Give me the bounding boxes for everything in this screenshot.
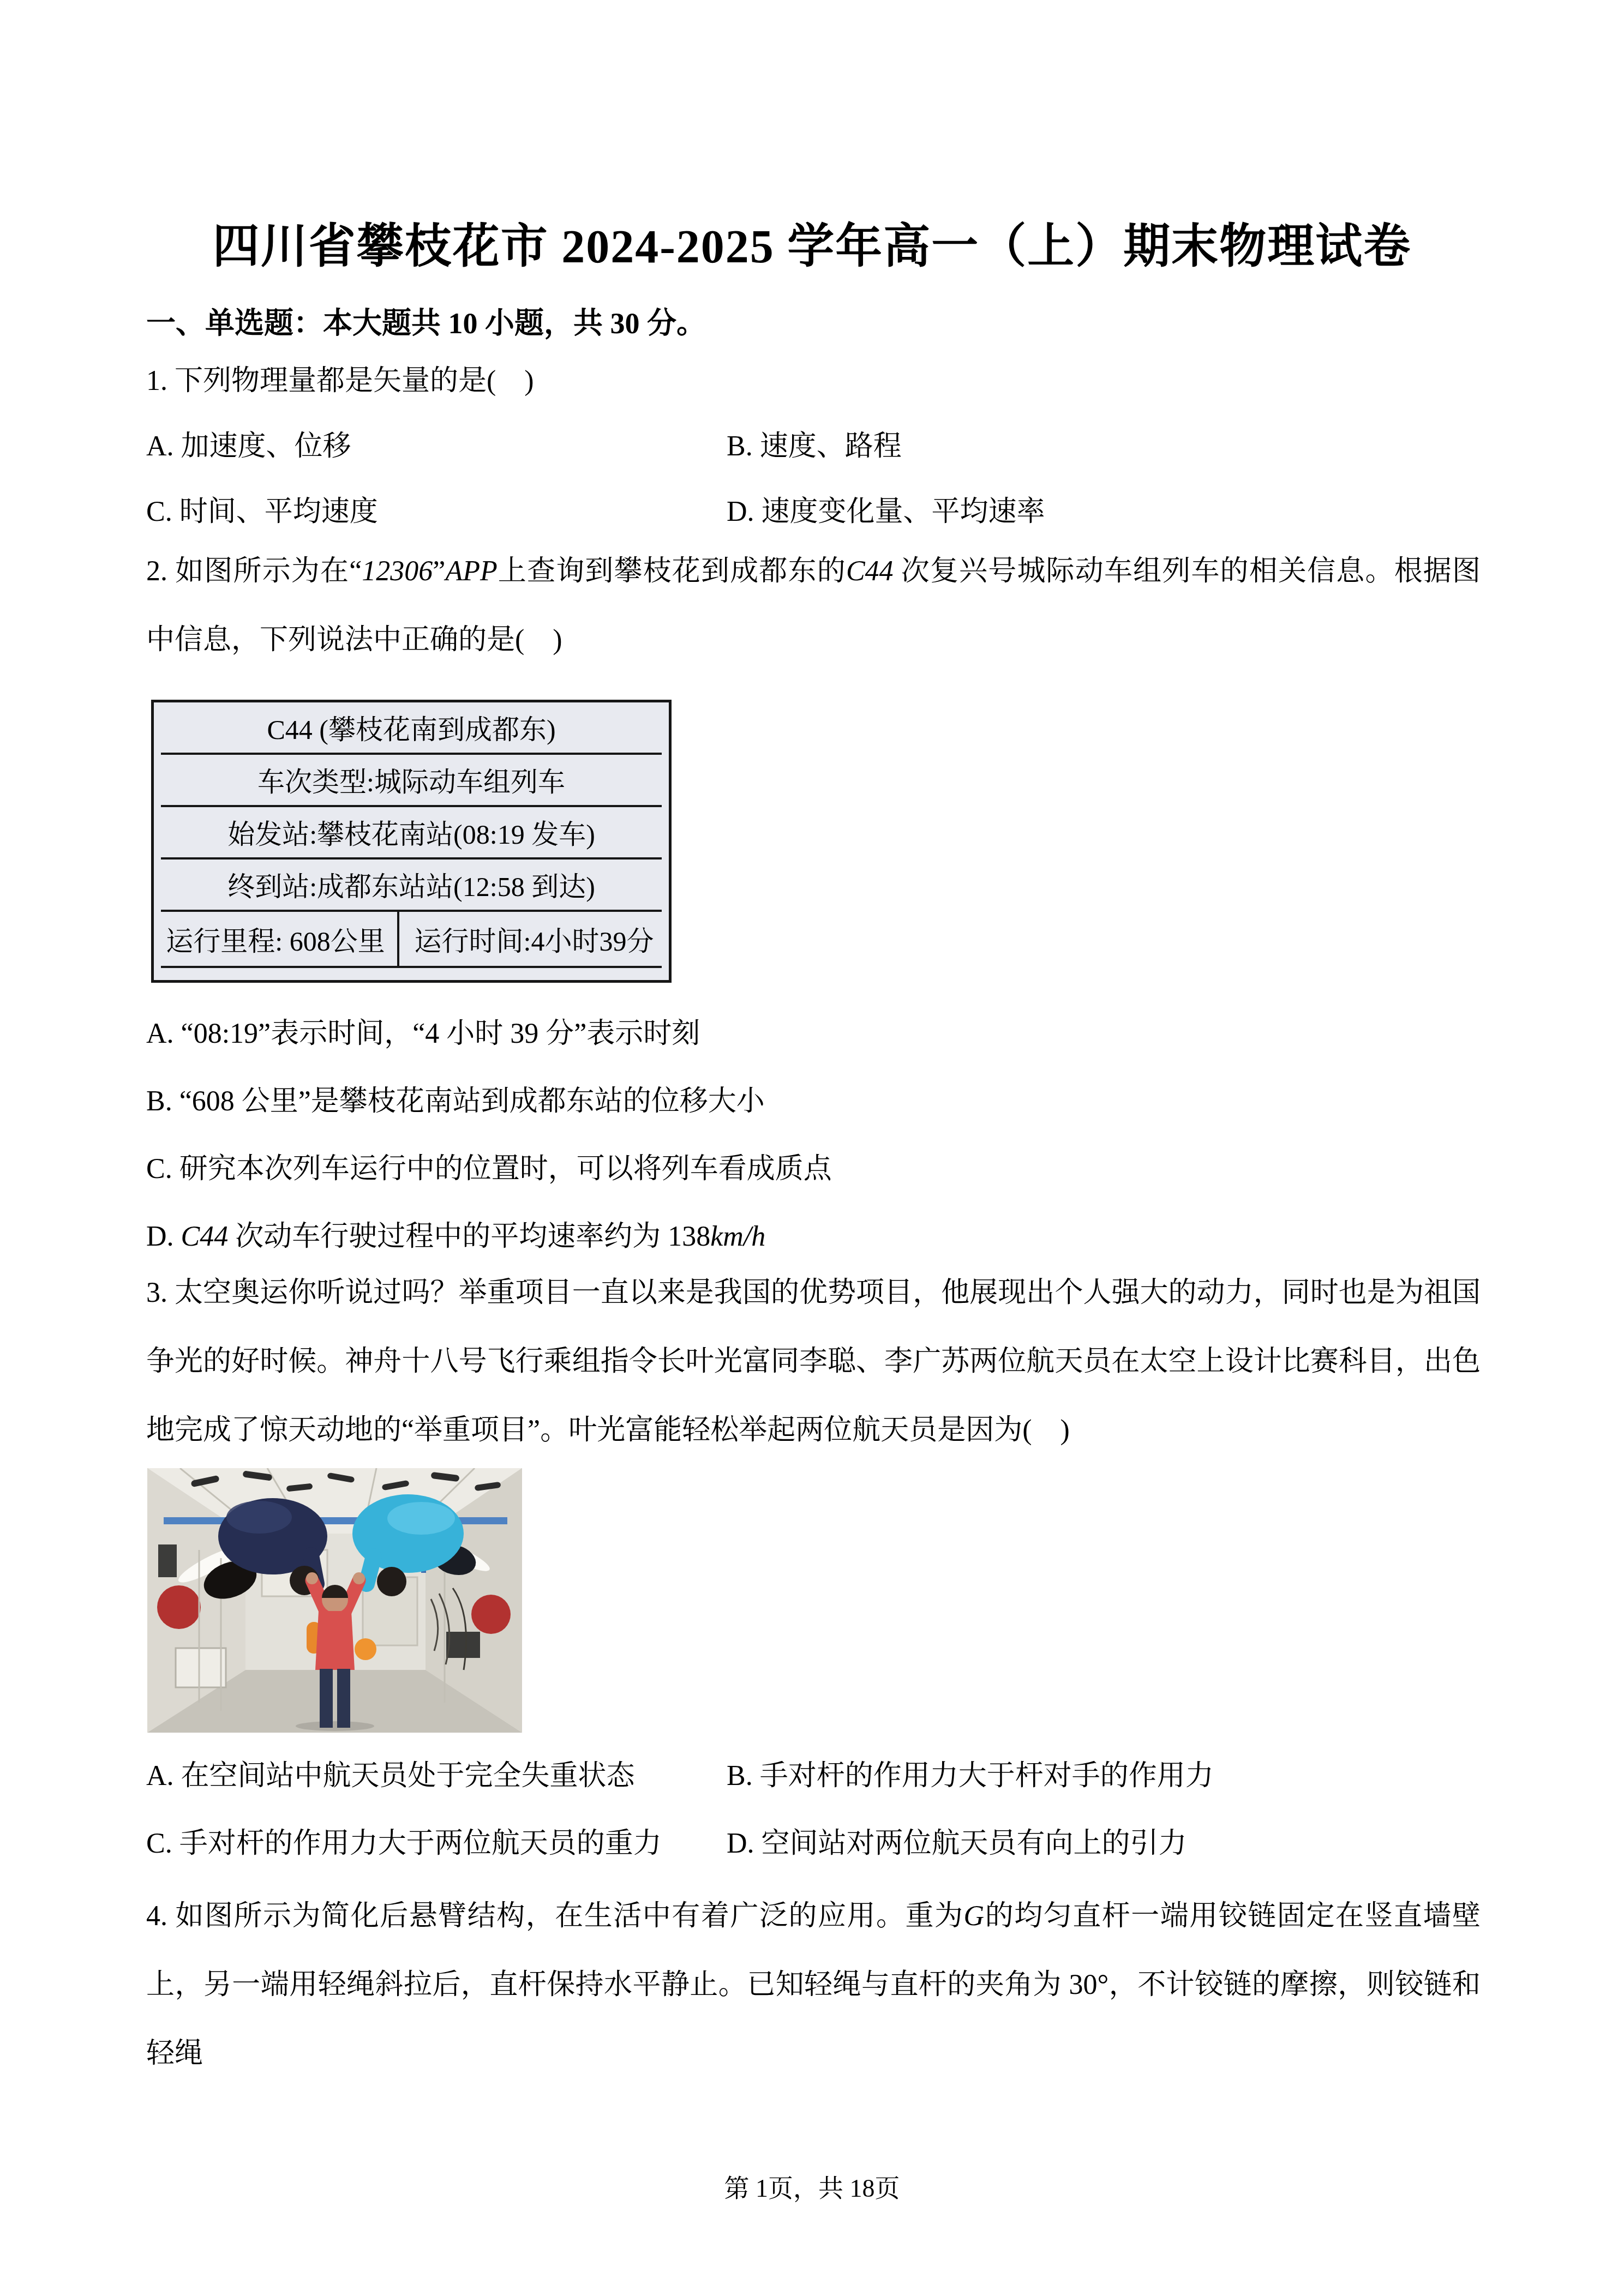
q2-app-code: 12306 [362,556,433,587]
q1-stem: 1. 下列物理量都是矢量的是( ) [146,364,534,399]
orange-ball [355,1638,376,1660]
table-cell-distance: 运行里程: 608公里 [154,912,397,966]
q1-option-c: C. 时间、平均速度 [146,495,378,530]
space-station-photo [147,1468,522,1733]
q2-option-d-train-number: C44 [181,1221,229,1252]
q2-option-d-unit: km/h [710,1221,765,1252]
q2-stem-text: 上查询到攀枝花到成都东的 [498,556,846,587]
exam-page: 四川省攀枝花市 2024-2025 学年高一（上）期末物理试卷 一、单选题：本大… [0,0,1624,2296]
q3-stem: 3. 太空奥运你听说过吗？举重项目一直以来是我国的优势项目，他展现出个人强大的动… [146,1259,1481,1465]
table-divider [161,966,662,968]
q4-stem: 4. 如图所示为简化后悬臂结构，在生活中有着广泛的应用。重为G的均匀直杆一端用铰… [146,1882,1481,2088]
q1-option-d: D. 速度变化量、平均速率 [727,495,1045,530]
section-heading: 一、单选题：本大题共 10 小题，共 30 分。 [146,300,706,342]
table-row-train-number: C44 (攀枝花南到成都东) [154,702,669,753]
q4-stem-text: 4. 如图所示为简化后悬臂结构，在生活中有着广泛的应用。重为 [146,1901,964,1932]
q4-weight-symbol: G [964,1901,985,1932]
table-row-distance-duration: 运行里程: 608公里 运行时间:4小时39分 [154,912,669,966]
page-title: 四川省攀枝花市 2024-2025 学年高一（上）期末物理试卷 [0,208,1624,276]
q3-option-b: B. 手对杆的作用力大于杆对手的作用力 [727,1759,1214,1794]
q2-option-d-text: D. [146,1221,181,1252]
q3-option-d: D. 空间站对两位航天员有向上的引力 [727,1826,1187,1861]
q2-option-d: D. C44 次动车行驶过程中的平均速率约为 138km/h [146,1219,765,1254]
table-row-train-type: 车次类型:城际动车组列车 [154,755,669,805]
q3-option-c: C. 手对杆的作用力大于两位航天员的重力 [146,1826,662,1861]
q2-stem: 2. 如图所示为在“12306”APP上查询到攀枝花到成都东的C44 次复兴号城… [146,537,1481,675]
q2-option-c: C. 研究本次列车运行中的位置时，可以将列车看成质点 [146,1152,832,1187]
q3-option-a: A. 在空间站中航天员处于完全失重状态 [146,1759,635,1794]
red-port-seal-right [471,1595,511,1634]
q1-option-a: A. 加速度、位移 [146,429,351,464]
train-info-table: C44 (攀枝花南到成都东) 车次类型:城际动车组列车 始发站:攀枝花南站(08… [151,700,672,983]
table-cell-duration: 运行时间:4小时39分 [399,912,669,966]
q2-stem-text: ” [433,556,445,587]
q2-stem-text: 2. 如图所示为在“ [146,556,362,587]
q1-option-b: B. 速度、路程 [727,429,902,464]
q2-train-number: C44 [846,556,894,587]
q2-option-d-text: 次动车行驶过程中的平均速率约为 138 [228,1221,710,1252]
red-port-seal-left [157,1585,201,1629]
q2-option-a: A. “08:19”表示时间，“4 小时 39 分”表示时刻 [146,1017,700,1051]
q2-option-b: B. “608 公里”是攀枝花南站到成都东站的位移大小 [146,1084,765,1119]
q2-app-label: APP [445,556,497,587]
table-row-origin: 始发站:攀枝花南站(08:19 发车) [154,807,669,857]
table-row-terminus: 终到站:成都东站站(12:58 到达) [154,860,669,910]
page-footer: 第 1页，共 18页 [0,2168,1624,2204]
